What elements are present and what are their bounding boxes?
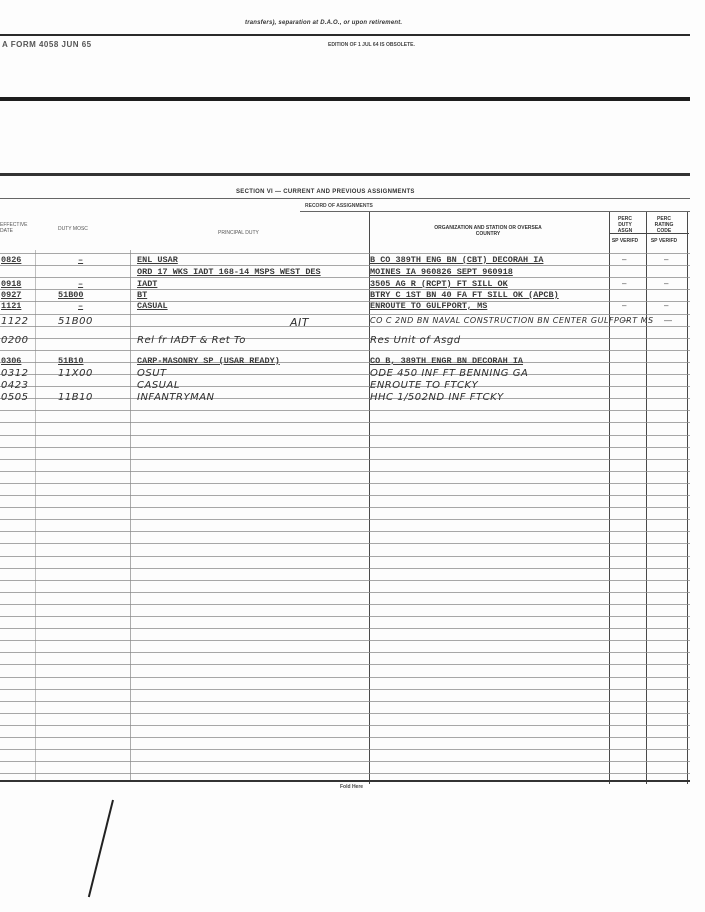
header-effective-date: EFFECTIVE DATE [0,222,26,234]
cell-principal-duty: Rel fr IADT & Ret To [137,335,246,346]
ruled-line [0,326,690,327]
header-organization: ORGANIZATION AND STATION OR OVERSEA COUN… [428,225,548,237]
ruled-line [0,374,690,375]
cell-duty-mos: 11X00 [58,368,93,379]
ruled-line [0,568,690,569]
cell-organization: BTRY C 1ST BN 40 FA FT SILL OK (APCB) [370,290,559,300]
top-rule [0,34,690,36]
ruled-line [0,640,690,641]
ruled-line [0,761,690,762]
cell-duty-mos: 51B00 [58,290,84,300]
section-rule [0,198,690,199]
heavy-rule-2 [0,173,690,176]
cell-effective-date: 1122 [1,316,28,327]
scan-scratch-mark [88,800,114,898]
ruled-line [0,604,690,605]
ruled-line [0,471,690,472]
ruled-line [0,495,690,496]
ruled-line [0,398,690,399]
ruled-line [0,652,690,653]
cell-effective-date: 0918 [1,279,21,289]
cell-effective-date: 0826 [1,255,21,265]
cell-principal-duty: OSUT [137,368,167,379]
cell-principal-duty: INFANTRYMAN [137,392,215,403]
cell-principal-duty: IADT [137,279,157,289]
cell-effective-date: 1121 [1,301,21,311]
ruled-line [0,362,690,363]
cell-duty-verifd: – [622,279,626,288]
header-rating-verifd: SP VERIFD [650,238,678,244]
cell-principal-duty: ENL USAR [137,255,178,265]
section-title: SECTION VI — CURRENT AND PREVIOUS ASSIGN… [236,189,415,195]
header-duty-verifd: SP VERIFD [611,238,639,244]
cell-organization: 3505 AG R (RCPT) FT SILL OK [370,279,508,289]
ruled-line [0,253,690,254]
header-duty-asgn: PERC DUTY ASGN [611,216,639,234]
ruled-line [0,531,690,532]
ruled-line [0,483,690,484]
header-cell-divider [609,233,689,234]
cell-organization: ODE 450 INF FT BENNING GA [370,368,528,379]
ruled-line [0,410,690,411]
cell-organization: CO C 2ND BN NAVAL CONSTRUCTION BN CENTER… [370,316,654,325]
ruled-line [0,713,690,714]
ruled-line [0,277,690,278]
ruled-line [0,689,690,690]
cell-duty-mos: – [78,301,83,311]
cell-duty-verifd: – [622,255,626,264]
ruled-line [0,301,690,302]
cell-rating-verifd: — [664,316,672,325]
ruled-line [0,664,690,665]
ruled-line [0,289,690,290]
col-divider-right [687,212,688,784]
header-principal-duty: PRINCIPAL DUTY [218,230,259,236]
cell-organization: CO B, 389TH ENGR BN DECORAH IA [370,356,523,366]
fold-note: Fold Here [340,784,363,790]
cell-duty-verifd: — [622,316,630,325]
ruled-line [0,749,690,750]
ruled-line [0,773,690,774]
cell-effective-date: 0200 [1,335,28,346]
header-rating-code: PERC RATING CODE [650,216,678,234]
ruled-line [0,592,690,593]
ruled-line [0,507,690,508]
ruled-line [0,580,690,581]
edition-note: EDITION OF 1 JUL 64 IS OBSOLETE. [328,42,415,48]
ruled-line [0,556,690,557]
ruled-line [0,338,690,339]
form-id: A FORM 4058 JUN 65 [2,40,92,49]
ruled-line [0,628,690,629]
cell-organization: B CO 389TH ENG BN (CBT) DECORAH IA [370,255,543,265]
cell-principal-duty: ORD 17 WKS IADT 168-14 MSPS WEST DES [137,267,321,277]
col-divider-org [609,212,610,784]
header-duty-mos: DUTY MOSC [58,226,88,232]
col-divider-perc [646,212,647,784]
ruled-line [0,386,690,387]
cell-duty-mos: – [78,255,83,265]
ruled-line [0,677,690,678]
bottom-rule [0,780,690,782]
ruled-line [0,725,690,726]
cell-organization: Res Unit of Asgd [370,335,461,346]
cell-duty-mos: 11B10 [58,392,93,403]
cell-effective-date: 0306 [1,356,21,366]
section-subtitle: RECORD OF ASSIGNMENTS [305,203,373,209]
cell-effective-date: 0312 [1,368,28,379]
cell-rating-verifd: – [664,255,668,264]
cell-principal-duty: AIT [290,316,309,329]
ruled-line [0,314,690,315]
ruled-line [0,616,690,617]
cell-organization: MOINES IA 960826 SEPT 960918 [370,267,513,277]
heavy-rule [0,97,690,101]
cell-duty-mos: 51B10 [58,356,84,366]
ruled-line [0,265,690,266]
ruled-line [0,737,690,738]
ruled-line [0,701,690,702]
cell-duty-mos: 51B00 [58,316,93,327]
top-note: transfers), separation at D.A.O., or upo… [245,20,402,26]
cell-principal-duty: CASUAL [137,301,168,311]
ruled-line [0,543,690,544]
ruled-line [0,350,690,351]
cell-effective-date: 0423 [1,380,28,391]
cell-duty-verifd: – [622,301,626,310]
cell-rating-verifd: – [664,279,668,288]
cell-organization: ENROUTE TO FTCKY [370,380,478,391]
ruled-line [0,447,690,448]
ruled-line [0,459,690,460]
ruled-line [0,422,690,423]
cell-rating-verifd: – [664,301,668,310]
cell-principal-duty: CARP-MASONRY SP (USAR READY) [137,356,280,366]
cell-organization: ENROUTE TO GULFPORT, MS [370,301,487,311]
cell-organization: HHC 1/502ND INF FTCKY [370,392,504,403]
ruled-line [0,519,690,520]
cell-duty-mos: – [78,279,83,289]
ruled-line [0,435,690,436]
cell-principal-duty: CASUAL [137,380,180,391]
cell-effective-date: 0927 [1,290,21,300]
cell-effective-date: 0505 [1,392,28,403]
section-rule-2 [300,211,690,212]
cell-principal-duty: BT [137,290,147,300]
